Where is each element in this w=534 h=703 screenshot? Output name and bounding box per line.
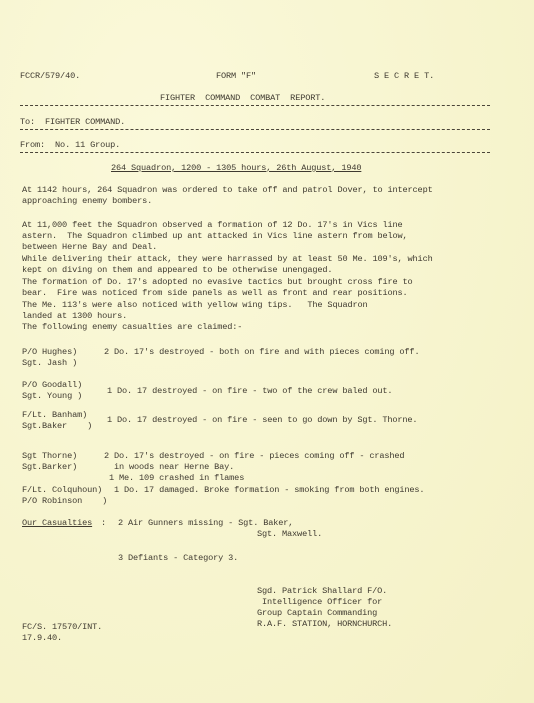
claim-crew: P/O Goodall) xyxy=(22,380,82,392)
claim-result: 1 Do. 17 destroyed - on fire - two of th… xyxy=(107,386,392,398)
aircraft-losses: 3 Defiants - Category 3. xyxy=(118,553,238,565)
from-line: From: No. 11 Group. xyxy=(20,140,120,152)
report-subtitle: 264 Squadron, 1200 - 1305 hours, 26th Au… xyxy=(111,163,361,175)
casualties-colon: : xyxy=(101,518,106,530)
claim-crew: P/O Hughes) xyxy=(22,347,77,359)
paragraph-1-line-2: approaching enemy bombers. xyxy=(22,196,152,208)
paragraph-2-line-4: While delivering their attack, they were… xyxy=(22,254,433,266)
claim-crew: Sgt Thorne) xyxy=(22,451,77,463)
to-line: To: FIGHTER COMMAND. xyxy=(20,117,125,129)
paragraph-2-line-1: At 11,000 feet the Squadron observed a f… xyxy=(22,220,403,232)
signature-line: Group Captain Commanding xyxy=(257,608,377,620)
claim-crew: F/Lt. Colquhoun) xyxy=(22,485,102,497)
claim-crew: F/Lt. Banham) xyxy=(22,410,87,422)
claim-result: 2 Do. 17's destroyed - on fire - pieces … xyxy=(104,451,404,463)
paragraph-2-line-5: kept on diving on them and appeared to b… xyxy=(22,265,332,277)
form-label: FORM "F" xyxy=(216,71,256,83)
paragraph-2-line-9: landed at 1300 hours. xyxy=(22,311,127,323)
reference-number: FCCR/579/40. xyxy=(20,71,80,83)
signature-line: Intelligence Officer for xyxy=(257,597,382,609)
paragraph-2-line-3: between Herne Bay and Deal. xyxy=(22,242,157,254)
document-date: 17.9.40. xyxy=(22,633,62,645)
paragraph-1-line-1: At 1142 hours, 264 Squadron was ordered … xyxy=(22,185,433,197)
file-reference: FC/S. 17570/INT. xyxy=(22,622,102,634)
casualties-line-1: 2 Air Gunners missing - Sgt. Baker, xyxy=(118,518,293,530)
report-title: FIGHTER COMMAND COMBAT REPORT. xyxy=(160,93,325,105)
to-rule xyxy=(20,129,490,130)
paragraph-2-line-8: The Me. 113's were also noticed with yel… xyxy=(22,300,368,312)
claim-crew: Sgt. Young ) xyxy=(22,391,82,403)
title-rule xyxy=(20,105,490,106)
paragraph-2-line-7: bear. Fire was noticed from side panels … xyxy=(22,288,408,300)
claim-result: in woods near Herne Bay. xyxy=(104,462,234,474)
claim-crew: P/O Robinson ) xyxy=(22,496,107,508)
paragraph-2-line-6: The formation of Do. 17's adopted no eva… xyxy=(22,277,413,289)
casualties-line-2: Sgt. Maxwell. xyxy=(257,529,322,541)
claim-crew: Sgt.Barker) xyxy=(22,462,77,474)
casualties-label: Our Casualties xyxy=(22,518,92,530)
classification: S E C R E T. xyxy=(374,71,434,83)
claim-result: 1 Me. 109 crashed in flames xyxy=(104,473,244,485)
paragraph-2-line-2: astern. The Squadron climbed up ant atta… xyxy=(22,231,408,243)
from-rule xyxy=(20,152,490,153)
claim-crew: Sgt. Jash ) xyxy=(22,358,77,370)
paragraph-2-line-10: The following enemy casualties are claim… xyxy=(22,322,242,334)
claim-result: 2 Do. 17's destroyed - both on fire and … xyxy=(104,347,419,359)
signature-line: Sgd. Patrick Shallard F/O. xyxy=(257,586,387,598)
claim-result: 1 Do. 17 destroyed - on fire - seen to g… xyxy=(107,415,417,427)
claim-crew: Sgt.Baker ) xyxy=(22,421,92,433)
signature-line: R.A.F. STATION, HORNCHURCH. xyxy=(257,619,392,631)
claim-result: 1 Do. 17 damaged. Broke formation - smok… xyxy=(114,485,424,497)
